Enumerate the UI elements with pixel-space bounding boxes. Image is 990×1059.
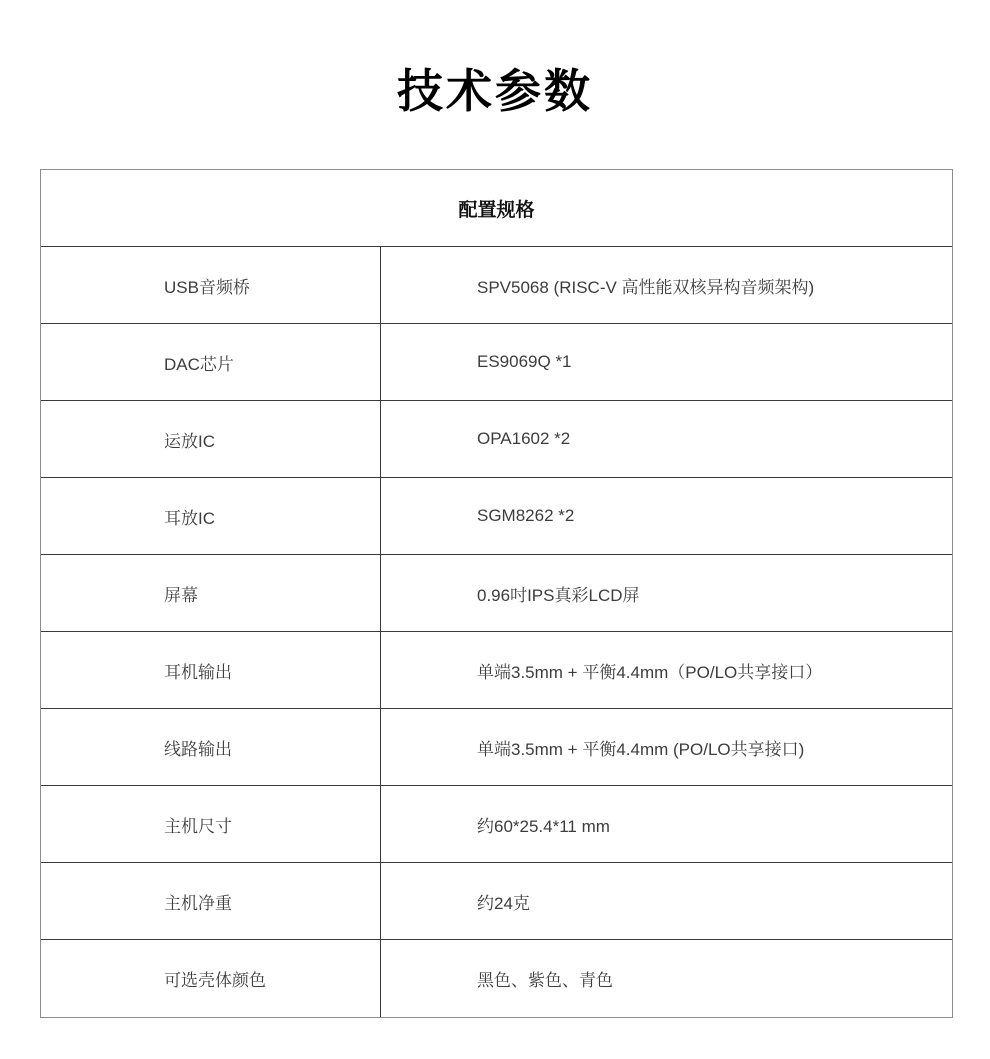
- spec-value: 单端3.5mm + 平衡4.4mm（PO/LO共享接口）: [381, 632, 952, 708]
- spec-row-screen: 屏幕 0.96吋IPS真彩LCD屏: [41, 555, 952, 632]
- spec-label: 线路输出: [41, 709, 381, 785]
- spec-row-dac-chip: DAC芯片 ES9069Q *1: [41, 324, 952, 401]
- spec-value: ES9069Q *1: [381, 324, 952, 400]
- spec-row-dimensions: 主机尺寸 约60*25.4*11 mm: [41, 786, 952, 863]
- spec-value: 约60*25.4*11 mm: [381, 786, 952, 862]
- spec-row-line-output: 线路输出 单端3.5mm + 平衡4.4mm (PO/LO共享接口): [41, 709, 952, 786]
- spec-value: 单端3.5mm + 平衡4.4mm (PO/LO共享接口): [381, 709, 952, 785]
- spec-label: 耳机输出: [41, 632, 381, 708]
- spec-label: DAC芯片: [41, 324, 381, 400]
- page-title: 技术参数: [0, 64, 990, 119]
- spec-label: 屏幕: [41, 555, 381, 631]
- spec-value: 约24克: [381, 863, 952, 939]
- spec-value: 0.96吋IPS真彩LCD屏: [381, 555, 952, 631]
- spec-row-opamp-ic: 运放IC OPA1602 *2: [41, 401, 952, 478]
- spec-table: 配置规格 USB音频桥 SPV5068 (RISC-V 高性能双核异构音频架构)…: [40, 169, 953, 1018]
- spec-label: 运放IC: [41, 401, 381, 477]
- spec-row-shell-colors: 可选壳体颜色 黑色、紫色、青色: [41, 940, 952, 1017]
- spec-value: OPA1602 *2: [381, 401, 952, 477]
- spec-label: USB音频桥: [41, 247, 381, 323]
- spec-sheet-page: 技术参数 配置规格 USB音频桥 SPV5068 (RISC-V 高性能双核异构…: [0, 64, 990, 1018]
- spec-table-header: 配置规格: [41, 170, 952, 247]
- spec-row-headphone-output: 耳机输出 单端3.5mm + 平衡4.4mm（PO/LO共享接口）: [41, 632, 952, 709]
- spec-value: SGM8262 *2: [381, 478, 952, 554]
- spec-label: 主机净重: [41, 863, 381, 939]
- spec-value: 黑色、紫色、青色: [381, 940, 952, 1017]
- spec-label: 可选壳体颜色: [41, 940, 381, 1017]
- spec-row-weight: 主机净重 约24克: [41, 863, 952, 940]
- spec-label: 耳放IC: [41, 478, 381, 554]
- spec-label: 主机尺寸: [41, 786, 381, 862]
- spec-value: SPV5068 (RISC-V 高性能双核异构音频架构): [381, 247, 952, 323]
- spec-row-headphone-amp-ic: 耳放IC SGM8262 *2: [41, 478, 952, 555]
- spec-row-usb-bridge: USB音频桥 SPV5068 (RISC-V 高性能双核异构音频架构): [41, 247, 952, 324]
